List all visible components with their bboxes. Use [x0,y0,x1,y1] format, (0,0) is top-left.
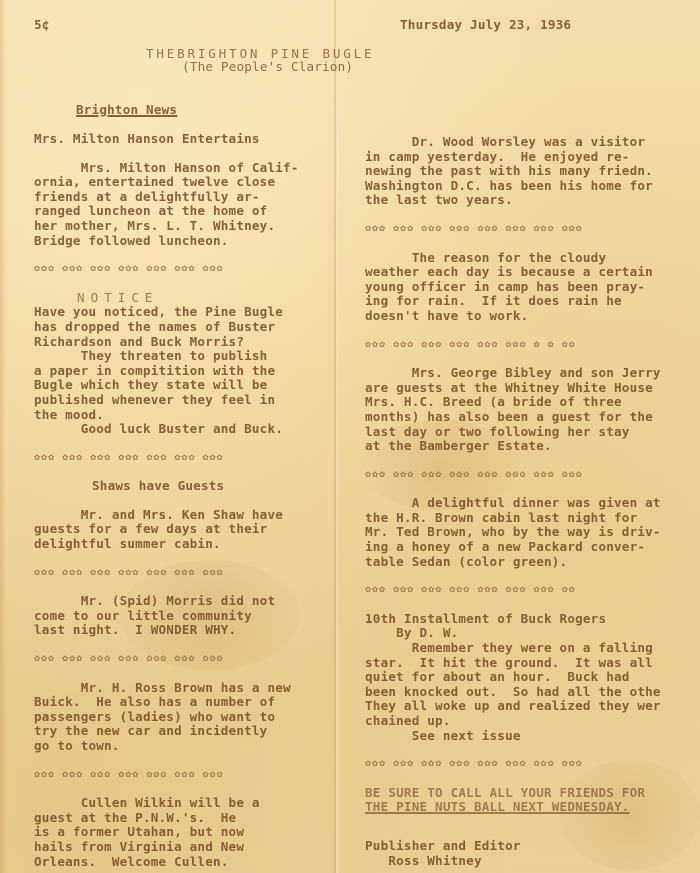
text-line: weather each day is because a certain [365,265,695,280]
spacer [34,667,334,681]
spacer [34,638,334,652]
text-line: BE SURE TO CALL ALL YOUR FRIENDS FOR [365,786,695,801]
spacer [34,782,334,796]
text-line: is a former Utahan, but now [34,825,334,840]
spacer [365,208,695,222]
text-line: quiet for about an hour. Buck had [365,670,695,685]
spacer [365,772,695,786]
spacer [34,248,334,262]
text-line: table Sedan (color green). [365,555,695,570]
masthead-subtitle: (The People's Clarion) [182,60,353,75]
text-line: the last two years. [365,193,695,208]
ornament-divider: ✿✿✿ ✿✿✿ ✿✿✿ ✿✿✿ ✿✿✿ ✿✿✿ ✿✿✿ ✿✿ [365,583,695,598]
ornament-divider: ✿✿✿ ✿✿✿ ✿✿✿ ✿✿✿ ✿✿✿ ✿✿✿ ✿✿✿ ✿✿✿ [365,757,695,772]
spacer [34,580,334,594]
ornament-divider: ✿✿✿ ✿✿✿ ✿✿✿ ✿✿✿ ✿✿✿ ✿✿✿ ✿✿✿ ✿✿✿ [365,468,695,483]
text-line: a paper in compitition with the [34,364,334,379]
ornament-divider: ✿✿✿ ✿✿✿ ✿✿✿ ✿✿✿ ✿✿✿ ✿✿✿ ✿✿✿ [34,262,334,277]
text-line: Mr. Ted Brown, who by the way is driv- [365,525,695,540]
article-heading: NOTICE [34,291,334,306]
left-column: Mrs. Milton Hanson Entertains Mrs. Milto… [34,132,334,869]
article-paragraph: Dr. Wood Worsley was a visitorin camp ye… [365,135,695,208]
spacer [365,237,695,251]
ornament-divider: ✿✿✿ ✿✿✿ ✿✿✿ ✿✿✿ ✿✿✿ ✿✿✿ ✿✿✿ ✿✿✿ [365,222,695,237]
ornament-divider: ✿✿✿ ✿✿✿ ✿✿✿ ✿✿✿ ✿✿✿ ✿✿✿ ✿✿✿ [34,451,334,466]
text-line: ranged luncheon at the home of [34,204,334,219]
text-line: Washington D.C. has been his home for [365,179,695,194]
text-line: the H.R. Brown cabin last night for [365,511,695,526]
ornament-divider: ✿✿✿ ✿✿✿ ✿✿✿ ✿✿✿ ✿✿✿ ✿✿✿ ✿ ✿ ✿✿ [365,338,695,353]
text-line: ing a honey of a new Packard conver- [365,540,695,555]
spacer [365,815,695,839]
text-line: Cullen Wilkin will be a [34,796,334,811]
article-paragraph: Mr. and Mrs. Ken Shaw haveguests for a f… [34,508,334,552]
text-line: come to our little community [34,609,334,624]
ornament-divider: ✿✿✿ ✿✿✿ ✿✿✿ ✿✿✿ ✿✿✿ ✿✿✿ ✿✿✿ [34,652,334,667]
text-line: at the Bamberger Estate. [365,439,695,454]
spacer [365,482,695,496]
ornament-divider: ✿✿✿ ✿✿✿ ✿✿✿ ✿✿✿ ✿✿✿ ✿✿✿ ✿✿✿ [34,768,334,783]
text-line: Bugle which they state will be [34,378,334,393]
text-line: Have you noticed, the Pine Bugle [34,305,334,320]
text-line: has dropped the names of Buster [34,320,334,335]
text-line: been knocked out. So had all the othe [365,685,695,700]
article-paragraph: The reason for the cloudyweather each da… [365,251,695,324]
paper-edge-shadow [0,0,6,873]
text-line: Good luck Buster and Buck. [34,422,334,437]
text-line: in camp yesterday. He enjoyed re- [365,150,695,165]
spacer [365,352,695,366]
article-paragraph: Mrs. George Bibley and son Jerryare gues… [365,366,695,454]
right-column: Dr. Wood Worsley was a visitorin camp ye… [365,135,695,868]
spacer [365,743,695,757]
text-line: Mrs. Milton Hanson of Calif- [34,161,334,176]
text-line: hails from Virginia and New [34,840,334,855]
spacer [34,437,334,451]
ornament-divider: ✿✿✿ ✿✿✿ ✿✿✿ ✿✿✿ ✿✿✿ ✿✿✿ ✿✿✿ [34,566,334,581]
spacer [365,324,695,338]
text-line: go to town. [34,739,334,754]
article-paragraph: Mrs. Milton Hanson of Calif-ornia, enter… [34,161,334,249]
newsletter-page: 5¢ Thursday July 23, 1936 THEBRIGHTON PI… [0,0,700,873]
text-line: published whenever they feel in [34,393,334,408]
text-line: By D. W. [365,626,695,641]
text-line: Remember they were on a falling [365,641,695,656]
text-line: newing the past with his many friedn. [365,164,695,179]
article-paragraph: A delightful dinner was given atthe H.R.… [365,496,695,569]
text-line: They all woke up and realized they wer [365,699,695,714]
article-heading: Shaws have Guests [34,479,334,494]
text-line: Orleans. Welcome Cullen. [34,855,334,870]
text-line: 10th Installment of Buck Rogers [365,612,695,627]
article-paragraph: Cullen Wilkin will be aguest at the P.N.… [34,796,334,869]
text-line: Mr. and Mrs. Ken Shaw have [34,508,334,523]
text-line: chained up. [365,714,695,729]
text-line: Buick. He also has a number of [34,695,334,710]
spacer [34,754,334,768]
text-line: last night. I WONDER WHY. [34,623,334,638]
text-line: See next issue [365,729,695,744]
text-line: guest at the P.N.W.'s. He [34,811,334,826]
spacer [365,454,695,468]
spacer [34,277,334,291]
text-line: THE PINE NUTS BALL NEXT WEDNESDAY. [365,800,695,815]
text-line: Richardson and Buck Morris? [34,335,334,350]
text-line: delightful summer cabin. [34,537,334,552]
spacer [34,552,334,566]
text-line: Ross Whitney [365,854,695,869]
text-line: star. It hit the ground. It was all [365,656,695,671]
announcement: BE SURE TO CALL ALL YOUR FRIENDS FORTHE … [365,786,695,815]
text-line: passengers (ladies) who want to [34,710,334,725]
text-line: Mrs. George Bibley and son Jerry [365,366,695,381]
text-line: try the new car and incidently [34,724,334,739]
text-line: doesn't have to work. [365,309,695,324]
text-line: Mr. H. Ross Brown has a new [34,681,334,696]
spacer [365,569,695,583]
article-paragraph: Have you noticed, the Pine Buglehas drop… [34,305,334,436]
section-heading: Brighton News [76,103,177,118]
signature-block: Publisher and Editor Ross Whitney [365,839,695,868]
text-line: Dr. Wood Worsley was a visitor [365,135,695,150]
article-paragraph: 10th Installment of Buck Rogers By D. W.… [365,612,695,743]
text-line: young officer in camp has been pray- [365,280,695,295]
text-line: Mrs. H.C. Breed (a bride of three [365,395,695,410]
article-paragraph: Mr. H. Ross Brown has a newBuick. He als… [34,681,334,754]
spacer [34,494,334,508]
text-line: ornia, entertained twelve close [34,175,334,190]
issue-date: Thursday July 23, 1936 [400,18,571,33]
text-line: Publisher and Editor [365,839,695,854]
text-line: her mother, Mrs. L. T. Whitney. [34,219,334,234]
text-line: The reason for the cloudy [365,251,695,266]
spacer [34,465,334,479]
text-line: ing for rain. If it does rain he [365,294,695,309]
article-paragraph: Mr. (Spid) Morris did notcome to our lit… [34,594,334,638]
price-label: 5¢ [34,18,50,33]
spacer [365,598,695,612]
text-line: are guests at the Whitney White House [365,381,695,396]
article-heading: Mrs. Milton Hanson Entertains [34,132,334,147]
text-line: months) has also been a guest for the [365,410,695,425]
text-line: Bridge followed luncheon. [34,234,334,249]
text-line: last day or two following her stay [365,425,695,440]
spacer [34,147,334,161]
text-line: guests for a few days at their [34,522,334,537]
text-line: the mood. [34,408,334,423]
text-line: friends at a delightfully ar- [34,190,334,205]
text-line: A delightful dinner was given at [365,496,695,511]
text-line: They threaten to publish [34,349,334,364]
text-line: Mr. (Spid) Morris did not [34,594,334,609]
